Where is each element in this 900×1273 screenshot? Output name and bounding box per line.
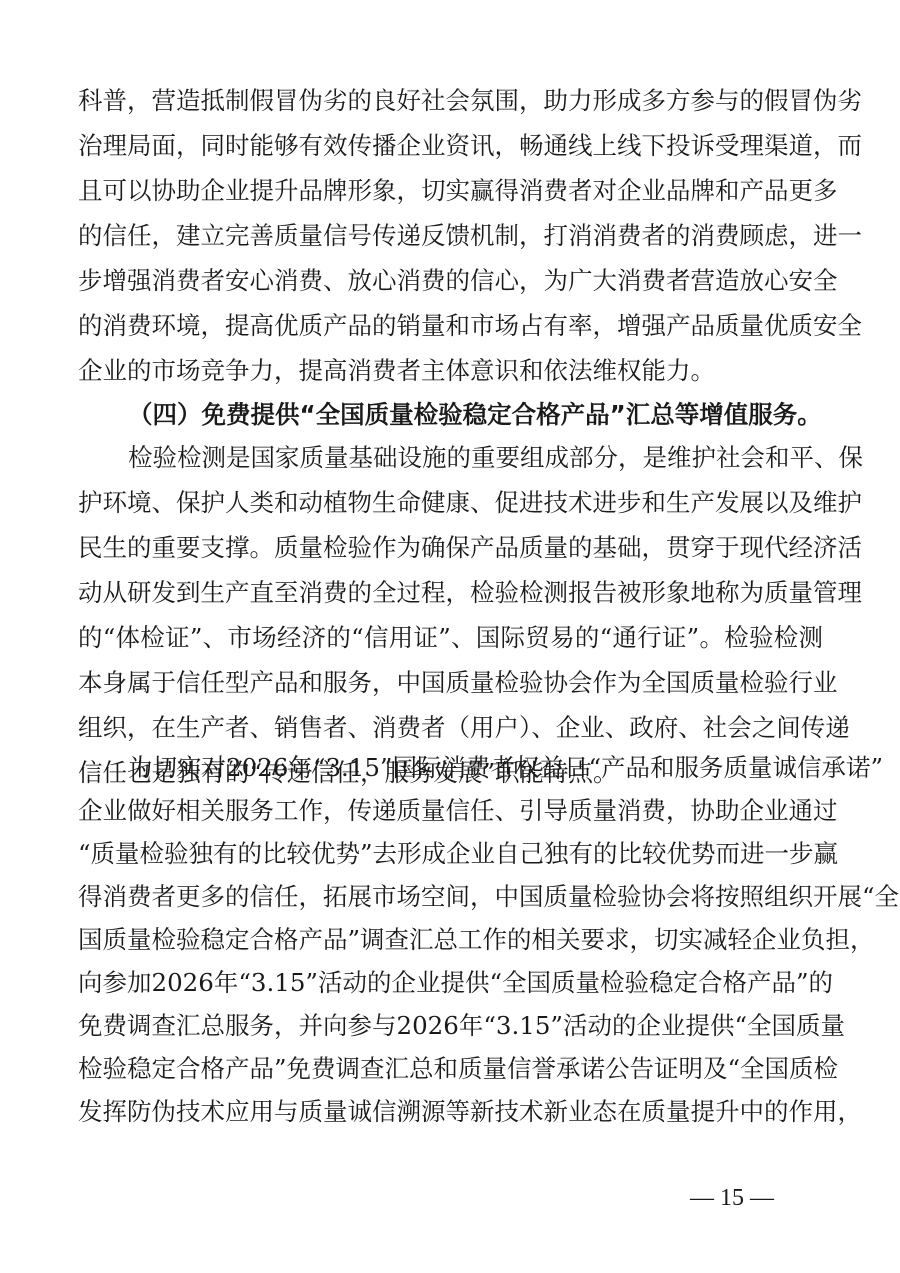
text-line: 且可以协助企业提升品牌形象，切实赢得消费者对企业品牌和产品更多 [78, 176, 823, 206]
text-line: 的信任，建立完善质量信号传递反馈机制，打消消费者的消费顾虑，进一 [78, 221, 823, 251]
text-line: 组织，在生产者、销售者、消费者（用户）、企业、政府、社会之间传递 [78, 713, 823, 743]
page-number: — 15 — [690, 1183, 774, 1213]
text-line: 科普，营造抵制假冒伪劣的良好社会氛围，助力形成多方参与的假冒伪劣 [78, 86, 823, 116]
text-line: 的消费环境，提高优质产品的销量和市场占有率，增强产品质量优质安全 [78, 311, 823, 341]
text-line: 发挥防伪技术应用与质量诚信溯源等新技术新业态在质量提升中的作用， [78, 1097, 823, 1127]
document-page: 科普，营造抵制假冒伪劣的良好社会氛围，助力形成多方参与的假冒伪劣 治理局面，同时… [0, 0, 900, 1273]
text-line: 企业做好相关服务工作，传递质量信任、引导质量消费，协助企业通过 [78, 796, 823, 826]
text-line: 护环境、保护人类和动植物生命健康、促进技术进步和生产发展以及维护 [78, 488, 823, 518]
section-heading: （四）免费提供“全国质量检验稳定合格产品”汇总等增值服务。 [128, 400, 828, 430]
text-line: 检验稳定合格产品”免费调查汇总和质量信誉承诺公告证明及“全国质检 [78, 1054, 823, 1084]
text-line: 治理局面，同时能够有效传播企业资讯，畅通线上线下投诉受理渠道，而 [78, 131, 823, 161]
text-line: 步增强消费者安心消费、放心消费的信心，为广大消费者营造放心安全 [78, 266, 823, 296]
text-line: 民生的重要支撑。质量检验作为确保产品质量的基础，贯穿于现代经济活 [78, 533, 823, 563]
text-line: 本身属于信任型产品和服务，中国质量检验协会作为全国质量检验行业 [78, 668, 823, 698]
text-line: 免费调查汇总服务，并向参与2026年“3.15”活动的企业提供“全国质量 [78, 1011, 823, 1041]
text-line: 为切实对2026年“3.15”国际消费者权益日“产品和服务质量诚信承诺” [128, 753, 823, 783]
text-line: 国质量检验稳定合格产品”调查汇总工作的相关要求，切实减轻企业负担， [78, 925, 823, 955]
text-line: 的“体检证”、市场经济的“信用证”、国际贸易的“通行证”。检验检测 [78, 623, 823, 653]
text-line: 得消费者更多的信任，拓展市场空间，中国质量检验协会将按照组织开展“全 [78, 882, 823, 912]
text-line: 检验检测是国家质量基础设施的重要组成部分，是维护社会和平、保 [128, 443, 823, 473]
text-line: “质量检验独有的比较优势”去形成企业自己独有的比较优势而进一步赢 [78, 839, 823, 869]
text-line: 动从研发到生产直至消费的全过程，检验检测报告被形象地称为质量管理 [78, 578, 823, 608]
text-line: 向参加2026年“3.15”活动的企业提供“全国质量检验稳定合格产品”的 [78, 968, 823, 998]
text-line: 企业的市场竞争力，提高消费者主体意识和依法维权能力。 [78, 356, 823, 386]
